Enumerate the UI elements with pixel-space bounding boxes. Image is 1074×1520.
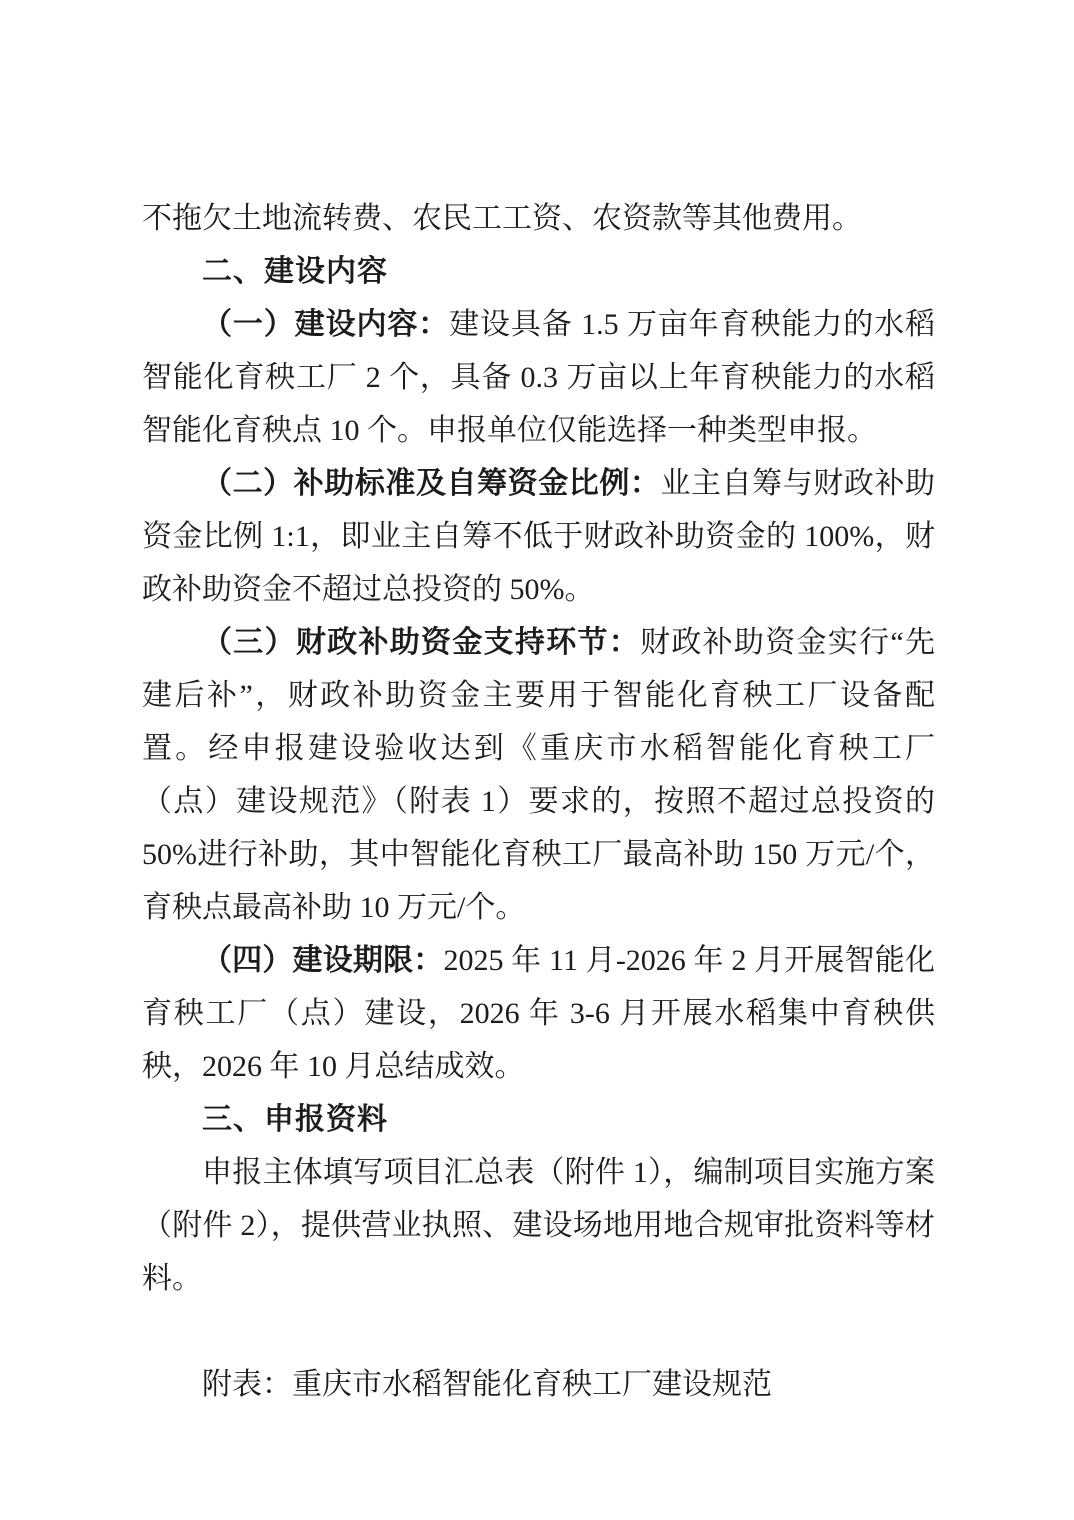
document-text-block: 不拖欠土地流转费、农民工工资、农资款等其他费用。 二、建设内容 （一）建设内容：… (142, 192, 935, 1411)
paragraph-continuation: 不拖欠土地流转费、农民工工资、农资款等其他费用。 (142, 192, 935, 245)
numbered-paragraph-2: （二）补助标准及自筹资金比例：业主自筹与财政补助资金比例 1:1，即业主自筹不低… (142, 457, 935, 616)
numbered-paragraph-4: （四）建设期限：2025 年 11 月-2026 年 2 月开展智能化育秧工厂（… (142, 934, 935, 1093)
document-page: 不拖欠土地流转费、农民工工资、农资款等其他费用。 二、建设内容 （一）建设内容：… (0, 0, 1074, 1520)
paragraph-1-lead: （一）建设内容： (202, 308, 449, 341)
paragraph-4-lead: （四）建设期限： (202, 944, 444, 977)
paragraph-3-lead: （三）财政补助资金支持环节： (202, 626, 640, 659)
paragraph-3-text: 财政补助资金实行“先建后补”，财政补助资金主要用于智能化育秧工厂设备配置。经申报… (142, 626, 935, 924)
numbered-paragraph-1: （一）建设内容：建设具备 1.5 万亩年育秧能力的水稻智能化育秧工厂 2 个，具… (142, 298, 935, 457)
numbered-paragraph-3: （三）财政补助资金支持环节：财政补助资金实行“先建后补”，财政补助资金主要用于智… (142, 616, 935, 934)
section-heading-3: 三、申报资料 (142, 1093, 935, 1146)
paragraph-application-materials: 申报主体填写项目汇总表（附件 1），编制项目实施方案（附件 2），提供营业执照、… (142, 1146, 935, 1305)
attachment-note: 附表：重庆市水稻智能化育秧工厂建设规范 (142, 1358, 935, 1411)
section-heading-2: 二、建设内容 (142, 245, 935, 298)
paragraph-2-lead: （二）补助标准及自筹资金比例： (202, 467, 660, 500)
